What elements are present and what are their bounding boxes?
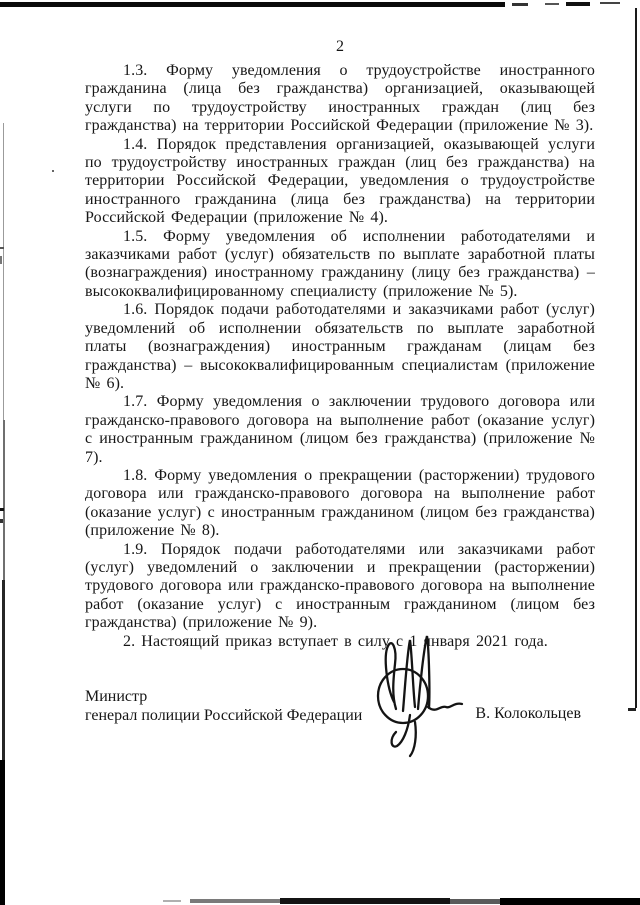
- page-number: 2: [85, 38, 595, 56]
- signatory-post-line1: Министр: [85, 688, 595, 707]
- document-body: 2 1.3. Форму уведомления о трудоустройст…: [85, 38, 595, 818]
- paragraph-1-8: 1.8. Форму уведомления о прекращении (ра…: [85, 467, 595, 541]
- handwritten-signature-icon: [370, 630, 470, 758]
- paragraph-1-7: 1.7. Форму уведомления о заключении труд…: [85, 393, 595, 467]
- scan-speck: [0, 508, 4, 511]
- scan-speck: [0, 519, 3, 523]
- scan-edge-bottom: [500, 898, 640, 905]
- paragraph-1-6: 1.6. Порядок подачи работодателями и зак…: [85, 301, 595, 393]
- scan-edge-right: [635, 8, 637, 708]
- paragraph-2: 2. Настоящий приказ вступает в силу с 1 …: [85, 633, 595, 651]
- document-page: 2 1.3. Форму уведомления о трудоустройст…: [0, 0, 640, 905]
- scan-edge-left: [3, 420, 5, 580]
- scan-edge-top: [0, 2, 505, 7]
- scan-edge-bottom: [450, 899, 505, 904]
- scan-edge-top-dash: [566, 2, 590, 6]
- scan-edge-left: [0, 760, 5, 905]
- scan-speck: [0, 256, 2, 264]
- paragraph-1-5: 1.5. Форму уведомления об исполнении раб…: [85, 228, 595, 302]
- signatory-name: В. Колокольцев: [475, 705, 581, 724]
- scan-edge-left: [2, 580, 5, 760]
- scan-edge-right-tick: [628, 708, 636, 711]
- paragraph-1-4: 1.4. Порядок представления организацией,…: [85, 136, 595, 228]
- scan-speck: [52, 170, 54, 172]
- signature-block: Министр генерал полиции Российской Федер…: [85, 688, 595, 818]
- paragraph-1-3: 1.3. Форму уведомления о трудоустройстве…: [85, 62, 595, 136]
- paragraph-1-9: 1.9. Порядок подачи работодателями или з…: [85, 541, 595, 633]
- scan-edge-top-dash: [600, 2, 620, 4]
- scan-edge-top-dash: [512, 3, 528, 6]
- scan-edge-bottom: [280, 898, 450, 904]
- scan-edge-bottom: [190, 899, 280, 903]
- scan-edge-bottom: [163, 900, 181, 902]
- scan-edge-left: [3, 123, 4, 420]
- scan-speck: [0, 247, 4, 249]
- scan-edge-top-dash: [545, 3, 559, 5]
